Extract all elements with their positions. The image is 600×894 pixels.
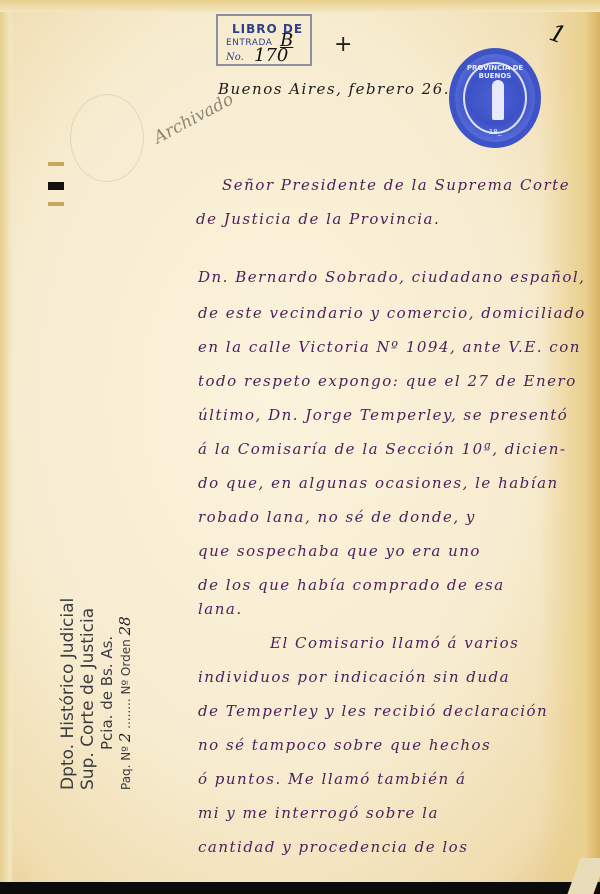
body-line: último, Dn. Jorge Temperley, se presentó (198, 406, 568, 424)
body-line: individuos por indicación sin duda (198, 668, 510, 686)
body-line: mi y me interrogó sobre la (198, 804, 439, 822)
registry-number-label: No. (226, 52, 244, 63)
body-line: de Temperley y les recibió declaración (198, 702, 548, 720)
body-line: robado lana, no sé de donde, y (198, 508, 476, 526)
binding-hole (48, 182, 64, 190)
archive-stamp-province: Pcia. de Bs. As. (98, 598, 116, 790)
body-line: á la Comisaría de la Sección 10ª, dicien… (198, 440, 567, 458)
page-top-edge (0, 0, 600, 12)
faded-seal-impression (70, 94, 144, 182)
package-label: Paq. Nº (119, 746, 133, 790)
registry-stamp: LIBRO DE ENTRADA B No. 170 (216, 14, 312, 66)
body-line: ó puntos. Me llamó también á (198, 770, 466, 788)
body-line: do que, en algunas ocasiones, le habían (198, 474, 559, 492)
scan-background (0, 882, 600, 894)
body-line: Dn. Bernardo Sobrado, ciudadano español, (198, 268, 585, 286)
provincial-seal-icon: PROVINCIA DE BUENOS 18_ (449, 48, 541, 148)
body-line: no sé tampoco sobre que hechos (198, 736, 491, 754)
dateline: Buenos Aires, febrero 26. (218, 80, 450, 98)
body-line: de los que había comprado de esa (198, 576, 505, 594)
salutation-line: de Justicia de la Provincia. (196, 210, 440, 228)
archive-stamp-department: Dpto. Histórico Judicial (58, 598, 78, 790)
registry-number-value: 170 (254, 45, 288, 66)
binding-mark (48, 202, 64, 206)
body-line: todo respeto expongo: que el 27 de Enero (198, 372, 577, 390)
body-line: en la calle Victoria Nº 1094, ante V.E. … (198, 338, 581, 356)
seal-figure-icon (492, 80, 504, 120)
package-value: 2 (116, 733, 134, 743)
archive-department-stamp: Dpto. Histórico Judicial Sup. Corte de J… (58, 598, 134, 790)
archive-stamp-package-row: Paq. Nº 2 ........ Nº Orden 28 (116, 598, 134, 790)
binding-mark (48, 162, 64, 166)
seal-year: 18_ (455, 128, 535, 136)
seal-text: PROVINCIA DE BUENOS (455, 64, 535, 80)
cross-mark: + (334, 32, 352, 57)
salutation-line: Señor Presidente de la Suprema Corte (222, 176, 570, 194)
order-label: Nº Orden (119, 639, 133, 694)
body-line: de este vecindario y comercio, domicilia… (198, 304, 586, 322)
order-value: 28 (116, 616, 134, 635)
archive-stamp-court: Sup. Corte de Justicia (78, 598, 98, 790)
body-line: El Comisario llamó á varios (270, 634, 519, 652)
body-line: cantidad y procedencia de los (198, 838, 468, 856)
body-line: lana. (198, 600, 243, 618)
body-line: que sospechaba que yo era uno (198, 542, 481, 560)
